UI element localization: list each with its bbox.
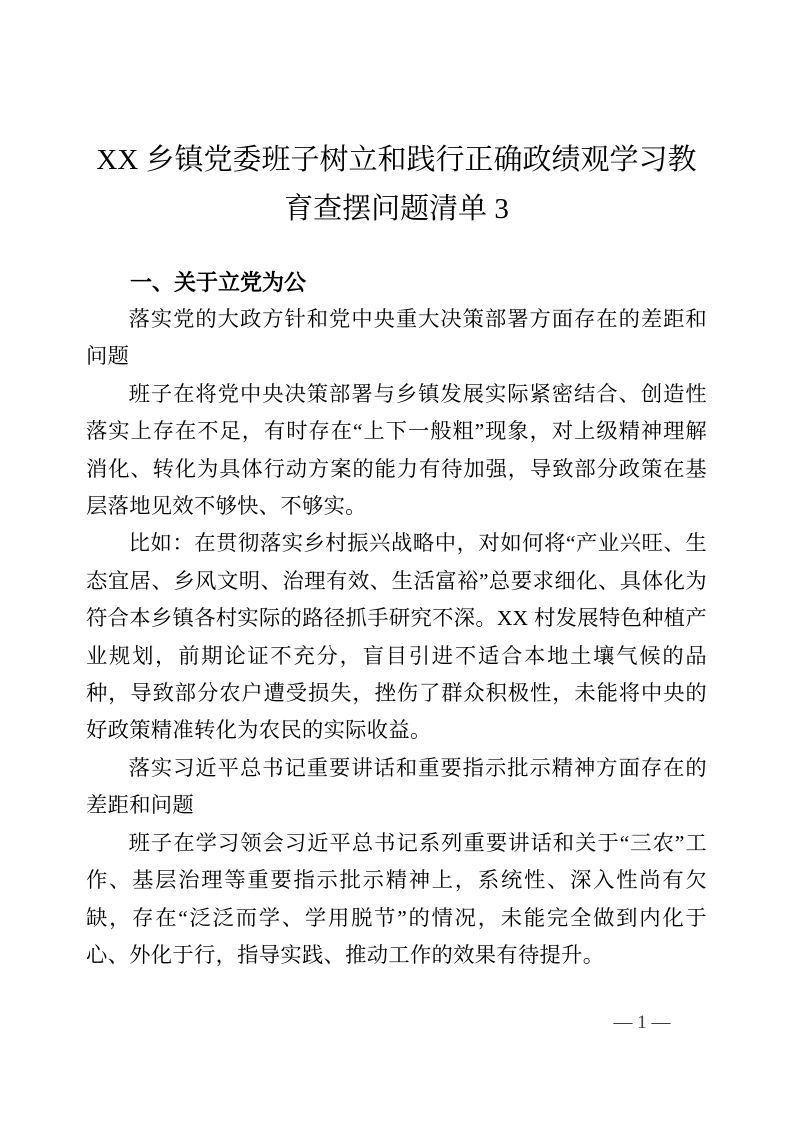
document-page: XX 乡镇党委班子树立和践行正确政绩观学习教育查摆问题清单 3 一、关于立党为公… [0, 0, 793, 1122]
page-number: — 1 — [584, 1010, 700, 1036]
paragraph-study-issue: 班子在学习领会习近平总书记系列重要讲话和关于“三农”工作、基层治理等重要指示批示… [86, 825, 707, 975]
paragraph-gap-policy: 落实党的大政方针和党中央重大决策部署方面存在的差距和问题 [86, 301, 707, 376]
paragraph-central-deployment-issue: 班子在将党中央决策部署与乡镇发展实际紧密结合、创造性落实上存在不足，有时存在“上… [86, 376, 707, 526]
document-content: XX 乡镇党委班子树立和践行正确政绩观学习教育查摆问题清单 3 一、关于立党为公… [86, 0, 707, 974]
paragraph-rural-revitalization-example: 比如：在贯彻落实乡村振兴战略中，对如何将“产业兴旺、生态宜居、乡风文明、治理有效… [86, 525, 707, 749]
document-title: XX 乡镇党委班子树立和践行正确政绩观学习教育查摆问题清单 3 [86, 0, 707, 234]
section-heading: 一、关于立党为公 [86, 264, 707, 301]
paragraph-gap-speeches: 落实习近平总书记重要讲话和重要指示批示精神方面存在的差距和问题 [86, 750, 707, 825]
